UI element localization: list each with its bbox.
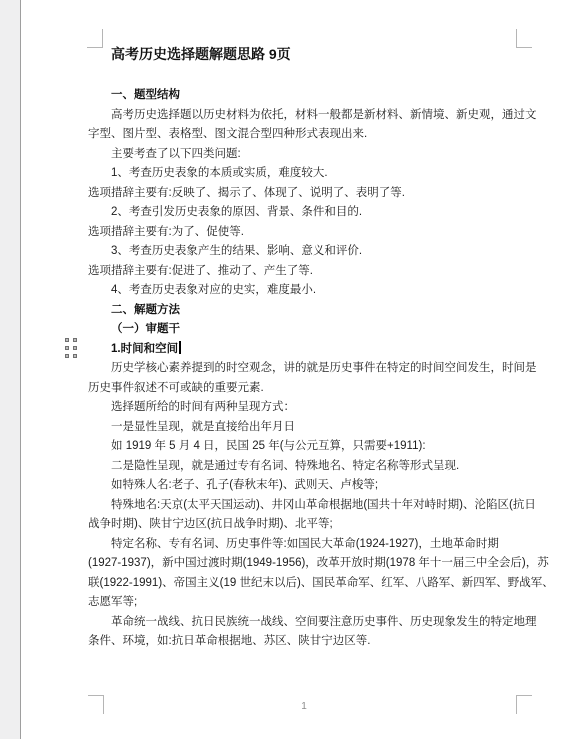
text-line-content: 2、考查引发历史表象的原因、背景、条件和目的. (88, 203, 362, 223)
page-number: 1 (301, 701, 307, 712)
drag-handle-dot (73, 354, 77, 358)
text-line-content: 高考历史选择题以历史材料为依托，材料一般都是新材料、新情境、新史观，通过文 (88, 106, 537, 126)
text-line-content: 二、解题方法 (88, 301, 180, 321)
drag-handle-dot (73, 346, 77, 350)
text-line[interactable]: 战争时期)、陕甘宁边区(抗日战争时期)、北平等; (88, 515, 520, 535)
text-line[interactable]: 主要考查了以下四类问题: (88, 145, 520, 165)
text-line-content: 革命统一战线、抗日民族统一战线、空间要注意历史事件、历史现象发生的特定地理 (88, 613, 537, 633)
text-line-content: 特殊地名:天京(太平天国运动)、井冈山革命根据地(国共十年对峙时期)、沦陷区(抗… (88, 496, 536, 516)
page-footer: 1 (88, 701, 520, 712)
text-line-content: 4、考查历史表象对应的史实，难度最小. (88, 281, 316, 301)
text-line[interactable]: 高考历史选择题以历史材料为依托，材料一般都是新材料、新情境、新史观，通过文 (88, 106, 520, 126)
text-line[interactable]: 志愿军等; (88, 593, 520, 613)
text-line[interactable]: 如 1919 年 5 月 4 日，民国 25 年(与公元互算，只需要+1911)… (88, 437, 520, 457)
text-line-content: 选择题所给的时间有两种呈现方式： (88, 398, 295, 418)
text-line[interactable]: 1、考查历史表象的本质或实质，难度较大. (88, 164, 520, 184)
text-line[interactable]: 选择题所给的时间有两种呈现方式： (88, 398, 520, 418)
drag-handle-dot (65, 346, 69, 350)
text-line[interactable]: 特定名称、专有名词、历史事件等:如国民大革命(1924-1927)，土地革命时期 (88, 535, 520, 555)
document-lines: 一、题型结构高考历史选择题以历史材料为依托，材料一般都是新材料、新情境、新史观，… (88, 86, 520, 652)
text-line-content: 历史事件叙述不可或缺的重要元素. (88, 382, 264, 394)
text-line-content: 战争时期)、陕甘宁边区(抗日战争时期)、北平等; (88, 518, 333, 530)
text-line[interactable]: 4、考查历史表象对应的史实，难度最小. (88, 281, 520, 301)
heading-line[interactable]: 1.时间和空间 (88, 340, 520, 360)
text-line-content: 特定名称、专有名词、历史事件等:如国民大革命(1924-1927)，土地革命时期 (88, 535, 499, 555)
text-line[interactable]: 特殊地名:天京(太平天国运动)、井冈山革命根据地(国共十年对峙时期)、沦陷区(抗… (88, 496, 520, 516)
heading-line[interactable]: （一）审题干 (88, 320, 520, 340)
text-line-content: 志愿军等; (88, 596, 137, 608)
text-line[interactable]: 选项措辞主要有:为了、促使等. (88, 223, 520, 243)
text-line-content: 条件、环境，如:抗日革命根据地、苏区、陕甘宁边区等. (88, 635, 370, 647)
text-line-content: 选项措辞主要有:促进了、推动了、产生了等. (88, 265, 313, 277)
paragraph-drag-handle-icon[interactable] (65, 338, 77, 358)
text-line-content: 1.时间和空间 (88, 340, 178, 360)
text-line[interactable]: 联(1922-1991)、帝国主义(19 世纪末以后)、国民革命军、红军、八路军… (88, 574, 520, 594)
drag-handle-dot (73, 338, 77, 342)
text-cursor (179, 341, 181, 354)
text-line-content: (1927-1937)，新中国过渡时期(1949-1956)，改革开放时期(19… (88, 557, 549, 569)
drag-handle-dot (65, 354, 69, 358)
text-line[interactable]: 选项措辞主要有:反映了、揭示了、体现了、说明了、表明了等. (88, 184, 520, 204)
text-line-content: 1、考查历史表象的本质或实质，难度较大. (88, 164, 328, 184)
text-line-content: 历史学核心素养提到的时空观念，讲的就是历史事件在特定的时间空间发生，时间是 (88, 359, 537, 379)
text-line-content: 3、考查历史表象产生的结果、影响、意义和评价. (88, 242, 362, 262)
text-line[interactable]: 历史事件叙述不可或缺的重要元素. (88, 379, 520, 399)
text-line[interactable]: (1927-1937)，新中国过渡时期(1949-1956)，改革开放时期(19… (88, 554, 520, 574)
text-line-content: 主要考查了以下四类问题: (88, 145, 241, 165)
text-line[interactable]: 一是显性呈现，就是直接给出年月日 (88, 418, 520, 438)
text-line-content: 选项措辞主要有:为了、促使等. (88, 226, 244, 238)
text-line[interactable]: 3、考查历史表象产生的结果、影响、意义和评价. (88, 242, 520, 262)
text-line[interactable]: 革命统一战线、抗日民族统一战线、空间要注意历史事件、历史现象发生的特定地理 (88, 613, 520, 633)
text-line-content: 一、题型结构 (88, 86, 180, 106)
text-line[interactable]: 2、考查引发历史表象的原因、背景、条件和目的. (88, 203, 520, 223)
app-background-gutter (0, 0, 21, 739)
heading-line[interactable]: 二、解题方法 (88, 301, 520, 321)
text-line-content: 字型、图片型、表格型、图文混合型四种形式表现出来. (88, 128, 367, 140)
text-line-content: 如 1919 年 5 月 4 日，民国 25 年(与公元互算，只需要+1911)… (88, 437, 426, 457)
text-line[interactable]: 条件、环境，如:抗日革命根据地、苏区、陕甘宁边区等. (88, 632, 520, 652)
text-line-content: （一）审题干 (88, 320, 180, 340)
text-line-content: 二是隐性呈现，就是通过专有名词、特殊地名、特定名称等形式呈现. (88, 457, 459, 477)
text-line-content: 如特殊人名:老子、孔子(春秋末年)、武则天、卢梭等; (88, 476, 378, 496)
text-line[interactable]: 如特殊人名:老子、孔子(春秋末年)、武则天、卢梭等; (88, 476, 520, 496)
document-title[interactable]: 高考历史选择题解题思路 9页 (88, 44, 520, 64)
text-line-content: 联(1922-1991)、帝国主义(19 世纪末以后)、国民革命军、红军、八路军… (88, 577, 554, 589)
document-page: 高考历史选择题解题思路 9页 一、题型结构高考历史选择题以历史材料为依托，材料一… (88, 44, 520, 652)
text-line[interactable]: 字型、图片型、表格型、图文混合型四种形式表现出来. (88, 125, 520, 145)
text-line[interactable]: 选项措辞主要有:促进了、推动了、产生了等. (88, 262, 520, 282)
text-line[interactable]: 历史学核心素养提到的时空观念，讲的就是历史事件在特定的时间空间发生，时间是 (88, 359, 520, 379)
heading-line[interactable]: 一、题型结构 (88, 86, 520, 106)
drag-handle-dot (65, 338, 69, 342)
text-line-content: 一是显性呈现，就是直接给出年月日 (88, 418, 295, 438)
text-line[interactable]: 二是隐性呈现，就是通过专有名词、特殊地名、特定名称等形式呈现. (88, 457, 520, 477)
text-line-content: 选项措辞主要有:反映了、揭示了、体现了、说明了、表明了等. (88, 187, 405, 199)
